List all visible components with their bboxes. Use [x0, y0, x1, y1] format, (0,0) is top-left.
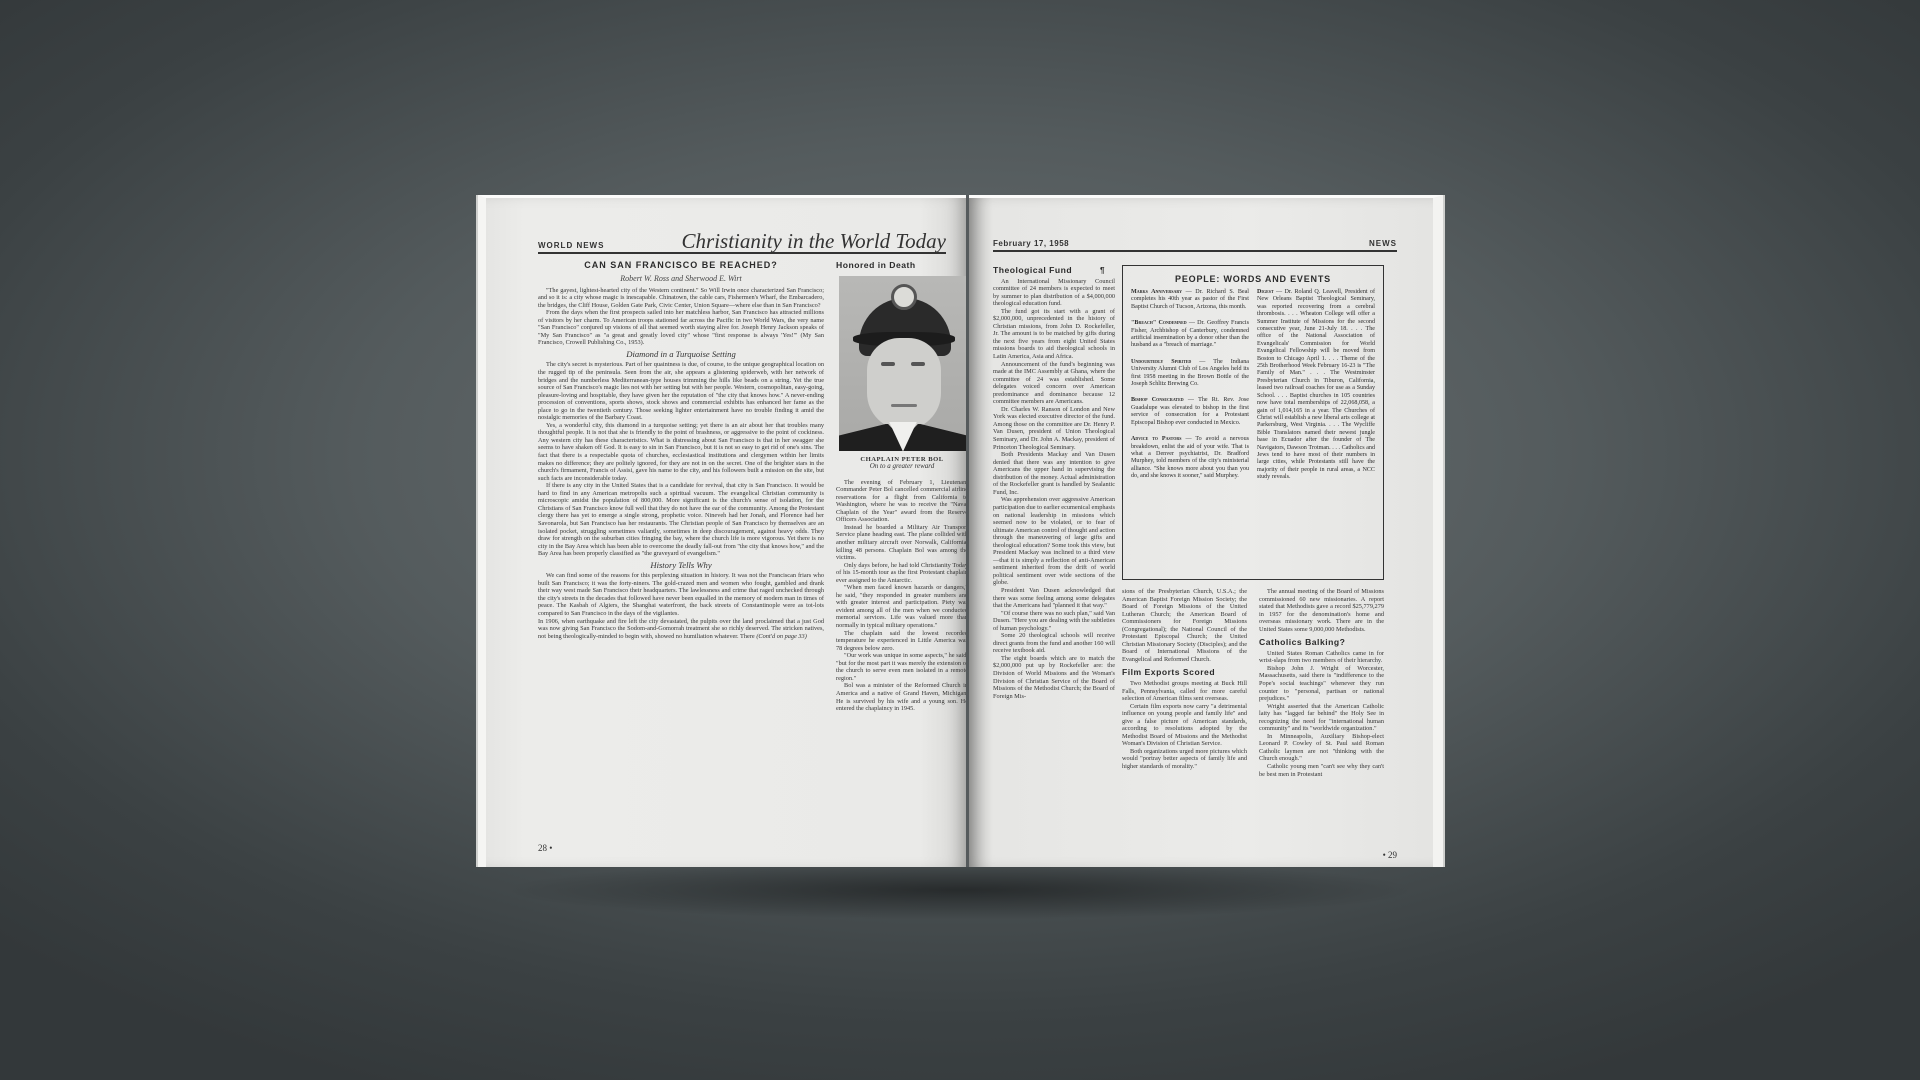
- news-item: Bishop Consecrated — The Rt. Rev. Jose G…: [1131, 397, 1249, 427]
- article-subhead: Diamond in a Turquoise Setting: [538, 351, 824, 359]
- sidebar-paragraph: The chaplain said the lowest recorded te…: [836, 630, 968, 653]
- left-page: WORLD NEWS Christianity in the World Tod…: [478, 195, 968, 867]
- catholics-balking-headline: Catholics Balking?: [1259, 639, 1384, 647]
- page-number: 28 •: [538, 843, 552, 853]
- left-running-head: WORLD NEWS Christianity in the World Tod…: [538, 230, 946, 254]
- page-number: • 29: [1383, 850, 1397, 860]
- news-item: Advice to Pastors — To avoid a nervous b…: [1131, 436, 1249, 480]
- article-paragraph: Two Methodist groups meeting at Buck Hil…: [1122, 680, 1247, 703]
- article-paragraph: Announcement of the fund's beginning was…: [993, 361, 1115, 406]
- article-paragraph: An International Missionary Council comm…: [993, 278, 1115, 308]
- news-item: Undoubtedly Spirited — The Indiana Unive…: [1131, 359, 1249, 389]
- article-paragraph: "Of course there was no such plan," said…: [993, 610, 1115, 633]
- film-exports-headline: Film Exports Scored: [1122, 669, 1247, 677]
- masthead-title: Christianity in the World Today: [682, 230, 946, 252]
- news-digest: Digest — Dr. Roland Q. Leavell, Presiden…: [1257, 289, 1375, 482]
- pilcrow-mark: ¶: [1100, 267, 1105, 275]
- article-paragraph: United States Roman Catholics came in fo…: [1259, 650, 1384, 665]
- article-headline: CAN SAN FRANCISCO BE REACHED?: [538, 262, 824, 270]
- article-paragraph: In Minneapolis, Auxiliary Bishop-elect L…: [1259, 733, 1384, 763]
- article-paragraph: Wright asserted that the American Cathol…: [1259, 703, 1384, 733]
- article-paragraph: The city's secret is mysterious. Part of…: [538, 361, 824, 421]
- section-label: WORLD NEWS: [538, 241, 604, 252]
- article-paragraph: Both organizations urged more pictures w…: [1122, 748, 1247, 771]
- box-left-column: Marks Anniversary — Dr. Richard S. Beal …: [1131, 289, 1249, 491]
- article-paragraph: The annual meeting of the Board of Missi…: [1259, 588, 1384, 633]
- spread-shadow: [500, 860, 1420, 920]
- people-words-events-box: PEOPLE: WORDS AND EVENTS Marks Anniversa…: [1122, 265, 1384, 580]
- news-item: "Breach" Condemned — Dr. Geoffrey Franci…: [1131, 320, 1249, 350]
- article-paragraph: We can find some of the reasons for this…: [538, 572, 824, 617]
- sidebar-article: Honored in Death CHAPLAIN PETER BOL On t…: [836, 258, 968, 713]
- article-paragraph: If there is any city in the United State…: [538, 482, 824, 557]
- sidebar-paragraph: The evening of February 1, Lieutenant Co…: [836, 479, 968, 524]
- article-paragraph: "The gayest, lightest-hearted city of th…: [538, 287, 824, 310]
- article-paragraph: The eight boards which are to match the …: [993, 655, 1115, 700]
- article-paragraph: In 1906, when earthquake and fire left t…: [538, 618, 824, 640]
- chaplain-portrait-photo: [839, 276, 967, 451]
- sidebar-paragraph: "When men faced known hazards or dangers…: [836, 584, 968, 629]
- right-page: February 17, 1958 NEWS Theological Fund¶…: [969, 195, 1443, 867]
- sidebar-paragraph: Bol was a minister of the Reformed Churc…: [836, 682, 968, 712]
- sidebar-headline: Honored in Death: [836, 262, 968, 270]
- article-paragraph: Was apprehension over aggressive America…: [993, 496, 1115, 587]
- article-paragraph: Both Presidents Mackay and Van Dusen den…: [993, 451, 1115, 496]
- right-column: The annual meeting of the Board of Missi…: [1259, 588, 1384, 778]
- photo-caption-subtitle: On to a greater reward: [836, 463, 968, 471]
- article-paragraph: The fund got its start with a grant of $…: [993, 308, 1115, 361]
- article-subhead: History Tells Why: [538, 562, 824, 570]
- continued-notice: (Cont'd on page 33): [756, 633, 807, 640]
- article-byline: Robert W. Ross and Sherwood E. Wirt: [538, 274, 824, 284]
- article-paragraph: Catholic young men "can't see why they c…: [1259, 763, 1384, 778]
- article-headline: Theological Fund¶: [993, 267, 1115, 275]
- article-paragraph: sions of the Presbyterian Church, U.S.A.…: [1122, 588, 1247, 663]
- cap-insignia-icon: [891, 284, 917, 310]
- section-label: NEWS: [1369, 239, 1397, 250]
- right-running-head: February 17, 1958 NEWS: [993, 238, 1397, 252]
- issue-date: February 17, 1958: [993, 239, 1069, 250]
- box-title: PEOPLE: WORDS AND EVENTS: [1131, 274, 1375, 284]
- article-paragraph: Yes, a wonderful city, this diamond in a…: [538, 422, 824, 482]
- main-article: CAN SAN FRANCISCO BE REACHED? Robert W. …: [538, 262, 824, 640]
- article-paragraph: Bishop John J. Wright of Worcester, Mass…: [1259, 665, 1384, 703]
- article-paragraph: From the days when the first prospects s…: [538, 309, 824, 347]
- theological-fund-continuation: sions of the Presbyterian Church, U.S.A.…: [1122, 588, 1247, 771]
- article-paragraph: Some 20 theological schools will receive…: [993, 632, 1115, 655]
- article-paragraph: Dr. Charles W. Ranson of London and New …: [993, 406, 1115, 451]
- news-item: Marks Anniversary — Dr. Richard S. Beal …: [1131, 289, 1249, 311]
- article-paragraph: Certain film exports now carry "a detrim…: [1122, 703, 1247, 748]
- theological-fund-article: Theological Fund¶ An International Missi…: [993, 263, 1115, 700]
- article-paragraph: President Van Dusen acknowledged that th…: [993, 587, 1115, 610]
- sidebar-paragraph: Only days before, he had told Christiani…: [836, 562, 968, 585]
- sidebar-paragraph: Instead he boarded a Military Air Transp…: [836, 524, 968, 562]
- sidebar-paragraph: "Our work was unique in some aspects," h…: [836, 652, 968, 682]
- box-right-column: Digest — Dr. Roland Q. Leavell, Presiden…: [1257, 289, 1375, 491]
